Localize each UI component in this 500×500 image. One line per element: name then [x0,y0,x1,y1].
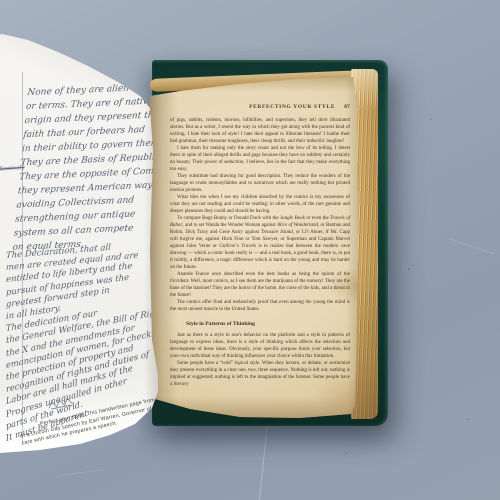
body-paragraph: Just as there is a style in one's behavi… [170,332,350,360]
scratch-line [60,469,102,476]
body-paragraph: The comics offer final and melancholy pr… [170,299,350,313]
printed-page-text-area: PERFECTING YOUR STYLE 87 of pigs, rabbit… [148,76,360,418]
dust-specks [0,0,2,2]
book-photo: PERFECTING YOUR STYLE 87 of pigs, rabbit… [0,0,500,500]
page-body: of pigs, rabbits, rodents, morons, hillb… [170,117,350,388]
body-paragraph: They substitute bad drawing for good des… [170,173,350,194]
body-paragraph: of pigs, rabbits, rodents, morons, hillb… [170,117,350,145]
body-paragraph: Anatole France once described even the b… [170,271,350,299]
section-heading: Style in Patterns of Thinking [186,321,350,327]
scratch-line [449,239,495,255]
handwritten-page: collectively None of they are alien inor… [0,30,164,458]
body-paragraph: What riles me when I see my children abs… [170,194,350,215]
running-head-title: PERFECTING YOUR STYLE [249,104,335,110]
scratch-line [259,420,269,500]
body-paragraph: To compare Bugs Bunny or Donald Duck wit… [170,215,350,271]
printed-page: PERFECTING YOUR STYLE 87 of pigs, rabbit… [148,76,360,418]
page-number: 87 [344,104,350,110]
body-paragraph: Some people have a “cold” logical style.… [170,360,350,388]
running-head: PERFECTING YOUR STYLE 87 [170,104,350,110]
body-paragraph: I hate them for making only the story co… [170,145,350,173]
